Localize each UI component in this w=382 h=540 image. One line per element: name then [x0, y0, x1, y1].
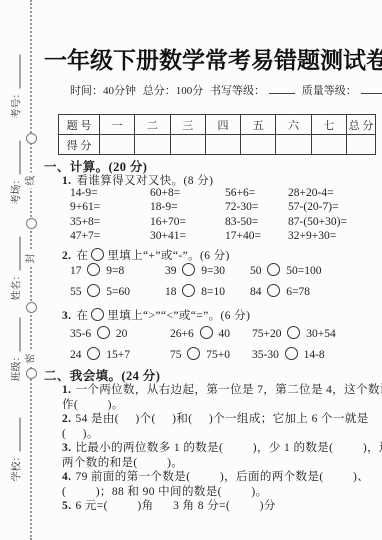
- question-number: 3.: [62, 310, 71, 322]
- quality-grade-blank: [361, 83, 382, 94]
- equation: 18-9=: [150, 201, 225, 213]
- answer-circle: [97, 326, 110, 339]
- margin-label-text: 考号：: [8, 89, 23, 119]
- answer-circle: [285, 347, 298, 360]
- fill-item-text: 6 元=( )角 3 角 8 分=( )分: [75, 500, 275, 512]
- score-cell-empty: [311, 135, 346, 155]
- score-cell-empty: [170, 135, 205, 155]
- equation: 9+61=: [70, 201, 150, 213]
- fill-item-line: 5.6 元=( )角 3 角 8 分=( )分: [62, 497, 276, 513]
- fill-item-text: 比最小的两位数多 1 的数是( )，少 1 的数是( )，这: [75, 442, 382, 454]
- equation-row: 35+8= 16+70= 83-50= 87-(50+30)=: [70, 216, 347, 228]
- equation: 47+7=: [70, 230, 150, 242]
- score-header-cell: 三: [170, 115, 205, 135]
- score-cell-empty: [241, 135, 276, 155]
- equation: 16+70=: [150, 216, 225, 228]
- score-header-cell: 五: [241, 115, 276, 135]
- score-cell-empty: [347, 135, 376, 155]
- score-header-cell: 六: [276, 115, 311, 135]
- margin-label-banji: 班级：: [10, 318, 23, 382]
- answer-circle: [91, 308, 104, 321]
- seal-circle: [26, 133, 37, 144]
- score-row-label: 得 分: [59, 135, 100, 155]
- exam-info-line: 时间：40分钟 总分：100分 书写等级： 质量等级：: [70, 82, 382, 98]
- margin-label-kaohao: 考号：: [10, 55, 23, 119]
- score-header-cell: 四: [205, 115, 240, 135]
- question-text: 在里填上“>”“<”或“=”。(6 分): [76, 310, 250, 322]
- equation: 83-50=: [225, 216, 288, 228]
- equation: 30+41=: [150, 230, 225, 242]
- score-header-cell: 二: [135, 115, 170, 135]
- fill-item-text: 一个两位数，从右边起，第一位是 7，第二位是 4，这个数读: [75, 384, 382, 396]
- fill-item-line: 4.79 前面的第一个数是( )，后面的两个数是( )、: [62, 468, 369, 484]
- margin-label-text: 姓名：: [8, 271, 23, 301]
- question-number: 1.: [62, 175, 71, 187]
- equation: 84 6=78: [250, 284, 310, 298]
- fill-item-number: 3.: [62, 442, 71, 454]
- score-table-header-row: 题 号 一 二 三 四 五 六 七 总 分: [59, 115, 376, 135]
- answer-circle: [267, 263, 280, 276]
- label-underline: [20, 141, 21, 175]
- equation: 17 9=8: [70, 263, 165, 277]
- equation-row: 55 5=60 18 8=10 84 6=78: [70, 284, 310, 298]
- fill-item-line: 3.比最小的两位数多 1 的数是( )，少 1 的数是( )，这: [62, 439, 382, 455]
- equation: 75+20 30+54: [252, 326, 336, 340]
- score-table-score-row: 得 分: [59, 135, 376, 155]
- margin-label-text: 班级：: [8, 352, 23, 382]
- equation: 57-(20-7)=: [288, 201, 339, 213]
- margin-label-text: 考场：: [8, 175, 23, 205]
- equation: 24 15+7: [70, 347, 170, 361]
- equation-row: 35-6 20 26+6 40 75+20 30+54: [70, 326, 336, 340]
- score-cell-empty: [100, 135, 135, 155]
- fill-item-number: 1.: [62, 384, 71, 396]
- margin-label-kaochang: 考场：: [10, 141, 23, 205]
- writing-grade-blank: [269, 83, 295, 94]
- question-3-header: 3.在里填上“>”“<”或“=”。(6 分): [62, 307, 250, 323]
- equation-row: 17 9=8 39 9=30 50 50=100: [70, 263, 322, 277]
- answer-circle: [87, 347, 100, 360]
- exam-paper-page: 线 封 密 考号： 考场： 姓名： 班级： 学校： 一年级下册数学常考易错题测试…: [0, 0, 382, 540]
- fill-item-text: 79 前面的第一个数是( )，后面的两个数是( )、: [75, 471, 369, 483]
- equation: 28+20-4=: [288, 187, 334, 199]
- seal-dotted-line: [30, 0, 32, 540]
- answer-circle: [182, 284, 195, 297]
- seal-circle: [26, 302, 37, 313]
- question-1-header: 1.看谁算得又对又快。(8 分): [62, 172, 213, 188]
- answer-circle: [87, 284, 100, 297]
- equation: 17+40=: [225, 230, 288, 242]
- equation: 35-6 20: [70, 326, 170, 340]
- fill-item-line: 1.一个两位数，从右边起，第一位是 7，第二位是 4，这个数读: [62, 381, 382, 397]
- info-total: 总分：100分: [143, 85, 204, 97]
- seal-char-xian: 线: [24, 173, 39, 189]
- score-header-cell: 题 号: [59, 115, 100, 135]
- score-cell-empty: [135, 135, 170, 155]
- score-header-cell: 总 分: [347, 115, 376, 135]
- question-text: 看谁算得又对又快。(8 分): [76, 175, 213, 187]
- label-underline: [20, 237, 21, 271]
- page-title: 一年级下册数学常考易错题测试卷: [44, 42, 380, 75]
- question-text: 在里填上“+”或“-”。(6 分): [76, 250, 229, 262]
- fill-item-number: 4.: [62, 471, 71, 483]
- info-time: 时间：40分钟: [70, 85, 136, 97]
- equation: 35-30 14-8: [252, 347, 325, 361]
- equation: 32+9+30=: [288, 230, 336, 242]
- fill-item-number: 5.: [62, 500, 71, 512]
- label-underline: [20, 55, 21, 89]
- question-number: 2.: [62, 250, 71, 262]
- answer-circle: [200, 326, 213, 339]
- equation: 18 8=10: [165, 284, 250, 298]
- answer-circle: [187, 347, 200, 360]
- equation-row: 9+61= 18-9= 72-30= 57-(20-7)=: [70, 201, 339, 213]
- equation: 87-(50+30)=: [288, 216, 347, 228]
- score-cell-empty: [276, 135, 311, 155]
- seal-circle: [26, 368, 37, 379]
- equation: 35+8=: [70, 216, 150, 228]
- label-underline: [20, 418, 21, 452]
- margin-label-text: 学校：: [8, 452, 23, 482]
- margin-label-xuexiao: 学校：: [10, 418, 23, 482]
- equation: 72-30=: [225, 201, 288, 213]
- fill-item-line: 2.54 是由( )个( )和( )个一组成；它加上 6 个一就是: [62, 410, 369, 426]
- answer-circle: [182, 263, 195, 276]
- answer-circle: [91, 248, 104, 261]
- fill-item-text: 54 是由( )个( )和( )个一组成；它加上 6 个一就是: [75, 413, 368, 425]
- answer-circle: [87, 263, 100, 276]
- info-writing-grade: 书写等级：: [210, 85, 265, 97]
- equation: 26+6 40: [170, 326, 252, 340]
- equation: 56+6=: [225, 187, 288, 199]
- seal-circle: [26, 218, 37, 229]
- answer-circle: [287, 326, 300, 339]
- equation: 39 9=30: [165, 263, 250, 277]
- equation-row: 47+7= 30+41= 17+40= 32+9+30=: [70, 230, 336, 242]
- equation: 50 50=100: [250, 263, 322, 277]
- score-header-cell: 一: [100, 115, 135, 135]
- equation: 55 5=60: [70, 284, 165, 298]
- equation: 60+8=: [150, 187, 225, 199]
- answer-circle: [267, 284, 280, 297]
- margin-label-xingming: 姓名：: [10, 237, 23, 301]
- score-table: 题 号 一 二 三 四 五 六 七 总 分 得 分: [58, 114, 376, 155]
- label-underline: [20, 318, 21, 352]
- fill-item-number: 2.: [62, 413, 71, 425]
- equation: 75 75+0: [170, 347, 252, 361]
- info-quality-grade: 质量等级：: [302, 85, 357, 97]
- equation: 14-9=: [70, 187, 150, 199]
- seal-char-mi: 密: [24, 351, 39, 367]
- score-cell-empty: [205, 135, 240, 155]
- seal-char-feng: 封: [24, 251, 39, 267]
- score-header-cell: 七: [311, 115, 346, 135]
- equation-row: 24 15+7 75 75+0 35-30 14-8: [70, 347, 325, 361]
- question-2-header: 2.在里填上“+”或“-”。(6 分): [62, 247, 230, 263]
- equation-row: 14-9= 60+8= 56+6= 28+20-4=: [70, 187, 334, 199]
